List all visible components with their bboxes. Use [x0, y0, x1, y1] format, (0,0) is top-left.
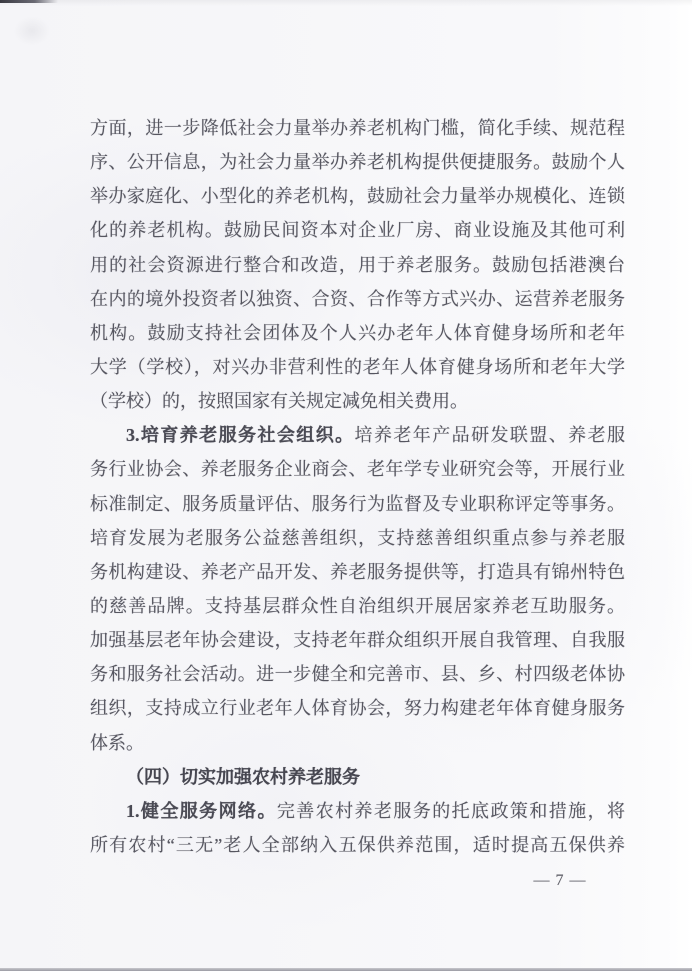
text-line: 培育发展为老服务公益慈善组织，支持慈善组织重点参与养老服: [90, 521, 625, 555]
text-line: 的慈善品牌。支持基层群众性自治组织开展居家养老互助服务。: [90, 589, 625, 623]
text-line: 组织，支持成立行业老年人体育协会，努力构建老年体育健身服务: [90, 691, 625, 725]
text-line: 所有农村“三无”老人全部纳入五保供养范围，适时提高五保供养: [90, 828, 625, 862]
text-line: 序、公开信息，为社会力量举办养老机构提供便捷服务。鼓励个人: [90, 145, 625, 179]
text-line: 3.培育养老服务社会组织。培养老年产品研发联盟、养老服: [90, 418, 625, 452]
document-text-block: 方面，进一步降低社会力量举办养老机构门槛，简化手续、规范程序、公开信息，为社会力…: [90, 111, 625, 862]
scanned-document-page: 方面，进一步降低社会力量举办养老机构门槛，简化手续、规范程序、公开信息，为社会力…: [0, 0, 692, 977]
text-line: 务行业协会、养老服务企业商会、老年学专业研究会等，开展行业: [90, 452, 625, 486]
text-line: 举办家庭化、小型化的养老机构，鼓励社会力量举办规模化、连锁: [90, 179, 625, 213]
page-number: — 7 —: [526, 870, 594, 892]
text-line: 用的社会资源进行整合和改造，用于养老服务。鼓励包括港澳台: [90, 248, 625, 282]
text-line: 机构。鼓励支持社会团体及个人兴办老年人体育健身场所和老年: [90, 316, 625, 350]
scan-artifact-mark: [0, 0, 58, 3]
text-line: （学校）的，按照国家有关规定减免相关费用。: [90, 384, 625, 418]
scan-artifact-smudge: [6, 10, 58, 52]
text-line: （四）切实加强农村养老服务: [90, 760, 625, 794]
scan-top-edge-shadow: [0, 0, 692, 6]
text-line: 大学（学校），对兴办非营利性的老年人体育健身场所和老年大学: [90, 350, 625, 384]
text-line-bold-lead: 3.培育养老服务社会组织。: [126, 425, 355, 445]
text-line: 在内的境外投资者以独资、合资、合作等方式兴办、运营养老服务: [90, 282, 625, 316]
scan-bottom-margin: [0, 971, 692, 977]
text-line: 1.健全服务网络。完善农村养老服务的托底政策和措施，将: [90, 794, 625, 828]
text-line: 务机构建设、养老产品开发、养老服务提供等，打造具有锦州特色: [90, 555, 625, 589]
text-line-bold-lead: 1.健全服务网络。: [126, 801, 277, 821]
text-line: 方面，进一步降低社会力量举办养老机构门槛，简化手续、规范程: [90, 111, 625, 145]
text-line: 加强基层老年协会建设，支持老年群众组织开展自我管理、自我服: [90, 623, 625, 657]
text-line: 化的养老机构。鼓励民间资本对企业厂房、商业设施及其他可利: [90, 213, 625, 247]
text-line: 体系。: [90, 726, 625, 760]
text-line: 标准制定、服务质量评估、服务行为监督及专业职称评定等事务。: [90, 487, 625, 521]
text-line: 务和服务社会活动。进一步健全和完善市、县、乡、村四级老体协: [90, 657, 625, 691]
